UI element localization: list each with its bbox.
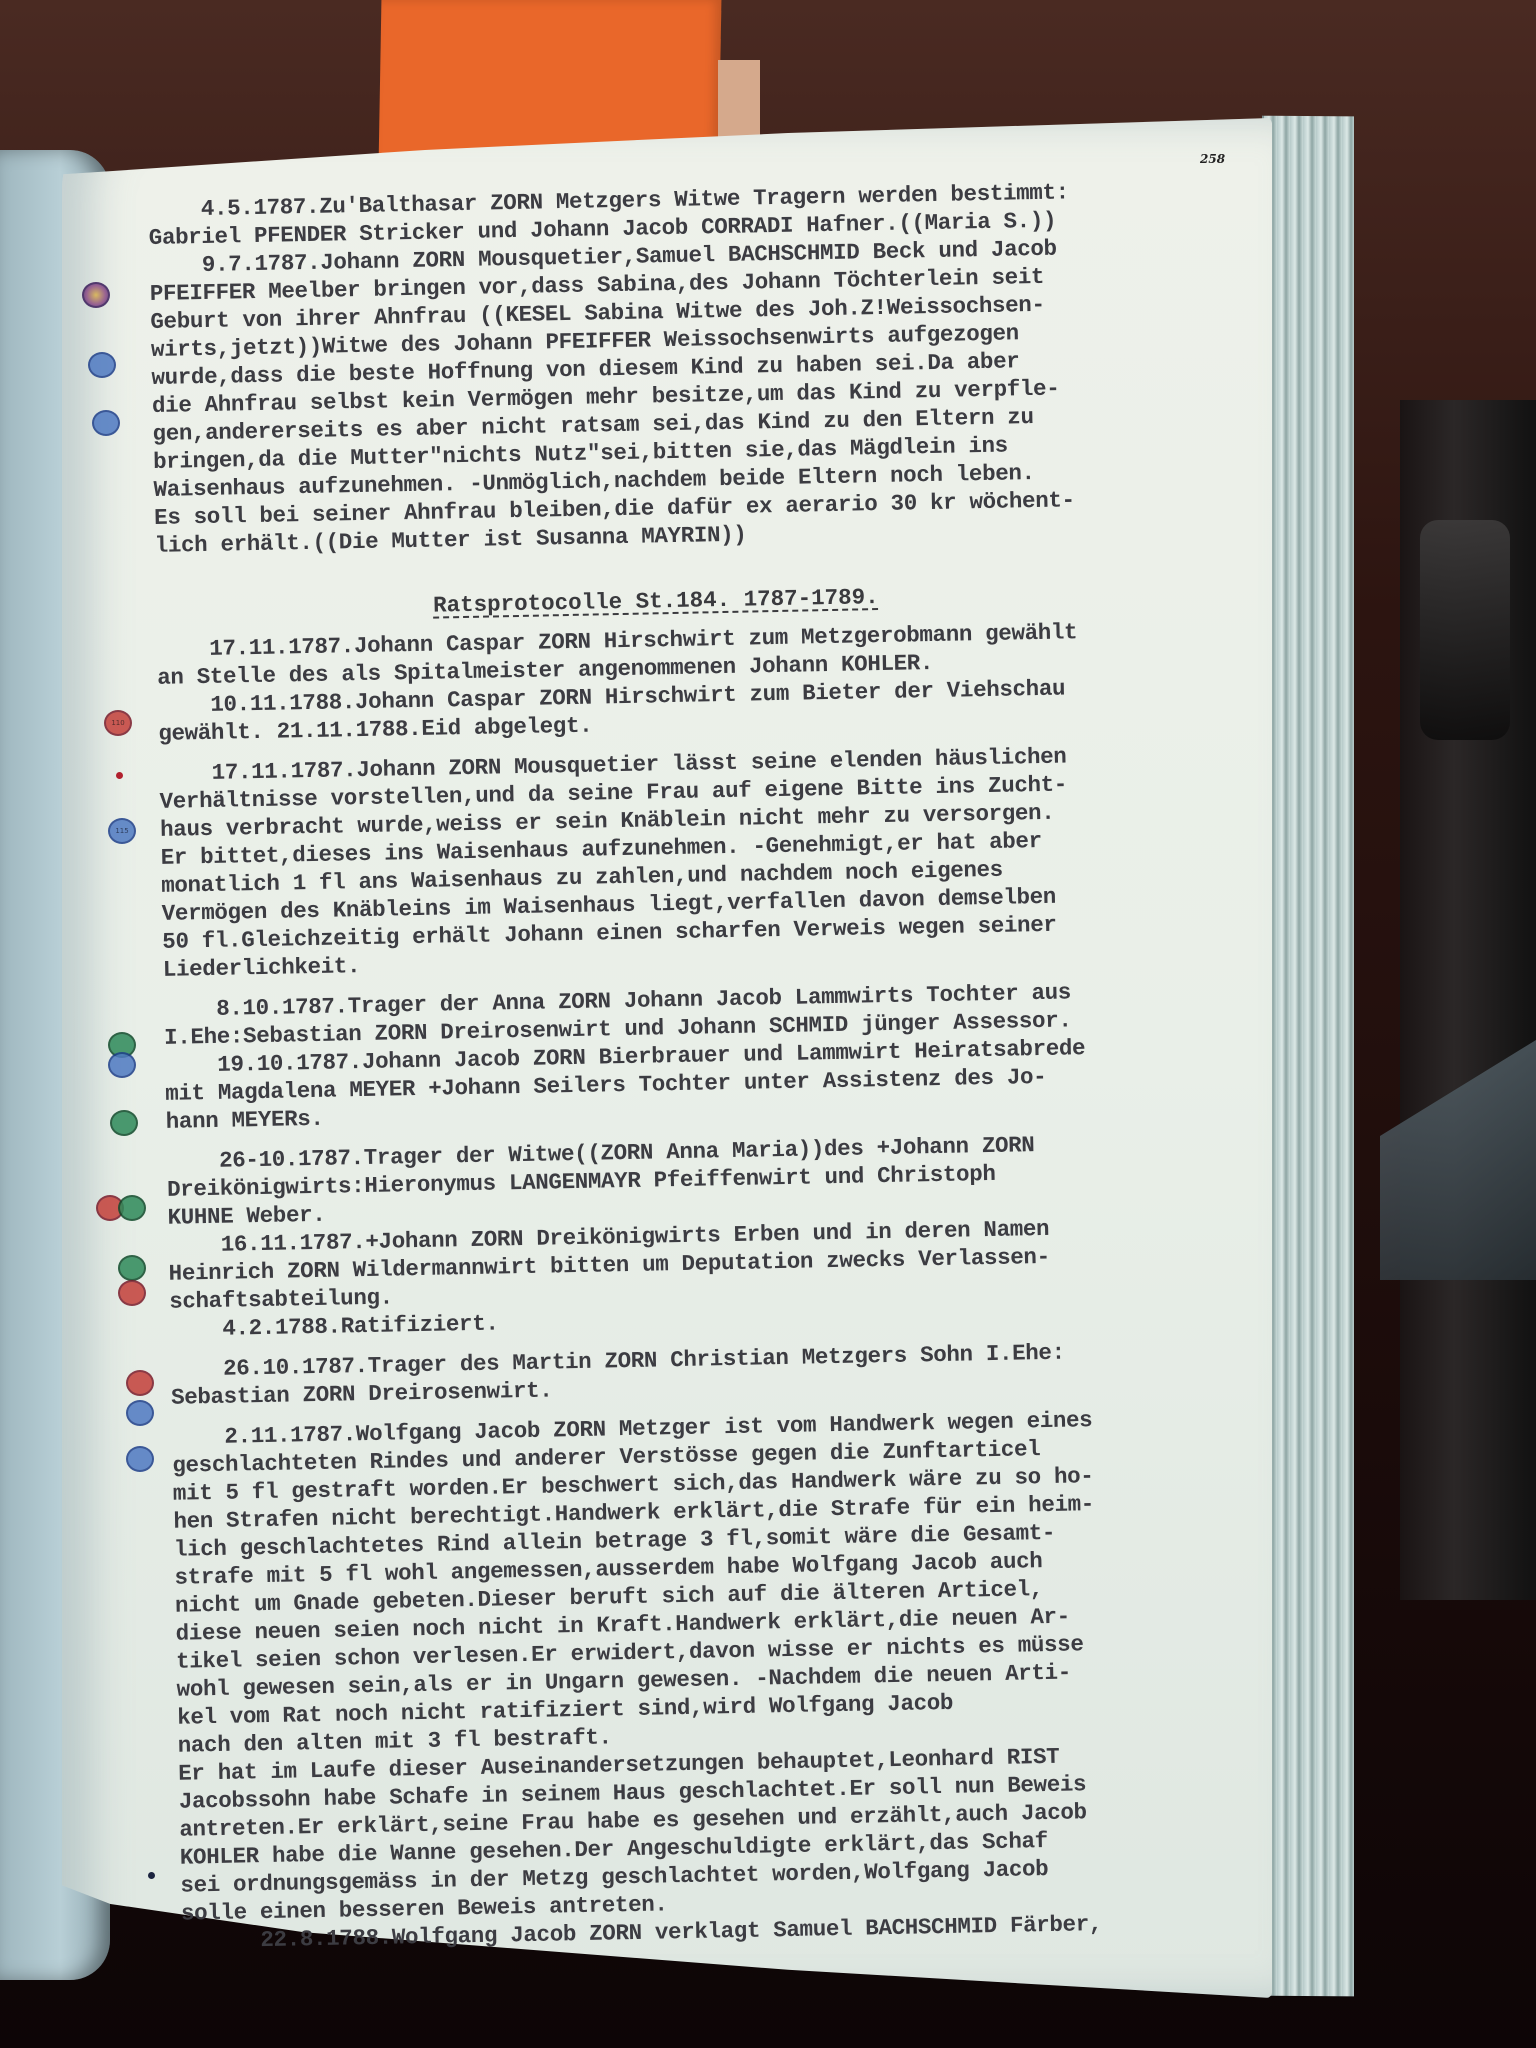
margin-marker-icon [108,1052,136,1078]
margin-marker-icon: 115 [108,818,136,844]
margin-dot-icon [116,772,123,779]
margin-dot-icon [148,1872,155,1879]
margin-marker-icon [118,1195,146,1221]
background-metal-handle [1420,520,1510,740]
page-number: 258 [1200,152,1225,166]
entries-part2: 17.11.1787.Johann Caspar ZORN Hirschwirt… [156,614,1288,748]
entries-part3: 17.11.1787.Johann ZORN Mousquetier lässt… [159,738,1293,984]
entries-part7: 2.11.1787.Wolfgang Jacob ZORN Metzger is… [172,1402,1312,1956]
margin-marker-icon [118,1255,146,1281]
margin-marker-icon [118,1280,146,1306]
margin-marker-icon [126,1370,154,1396]
margin-marker-icon [126,1446,154,1472]
entries-part4: 8.10.1787.Trager der Anna ZORN Johann Ja… [163,974,1295,1136]
margin-marker-icon [92,410,120,436]
margin-marker-icon [82,282,110,308]
margin-marker-icon [110,1110,138,1136]
entries-part1: 4.5.1787.Zu'Balthasar ZORN Metzgers Witw… [148,174,1285,560]
entries-part5: 26-10.1787.Trager der Witwe((ZORN Anna M… [166,1126,1300,1344]
typed-record-text: 4.5.1787.Zu'Balthasar ZORN Metzgers Witw… [148,174,1312,1955]
margin-marker-icon: 110 [104,710,132,736]
margin-marker-icon [88,352,116,378]
margin-marker-icon [126,1400,154,1426]
